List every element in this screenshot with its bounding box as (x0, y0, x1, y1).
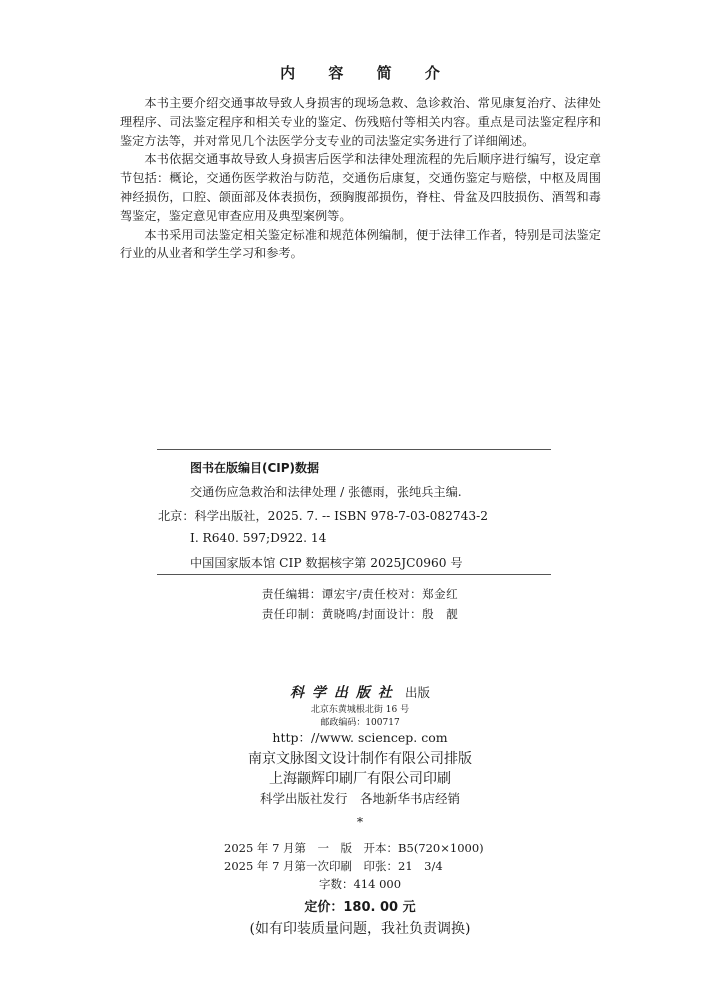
separator-asterisk: * (0, 814, 720, 829)
typesetter: 南京文脉图文设计制作有限公司排版 (0, 748, 720, 768)
publisher-suffix: 出版 (405, 685, 430, 700)
publisher-logo: 科学出版社 (290, 685, 400, 701)
printing-line: 2025 年 7 月第一次印刷 印张：21 3/4 (224, 858, 443, 874)
cip-data-block: 图书在版编目(CIP)数据 交通伤应急救治和法律处理 / 张德雨，张纯兵主编. … (157, 449, 551, 575)
staff-production: 责任印制：黄晓鸣/封面设计：殷 靓 (0, 606, 720, 622)
publisher-line: 科学出版社 出版 (0, 682, 720, 702)
summary-body: 本书主要介绍交通事故导致人身损害的现场急救、急诊救治、常见康复治疗、法律处理程序… (120, 94, 601, 263)
price: 定价：180. 00 元 (0, 896, 720, 915)
summary-paragraph: 本书主要介绍交通事故导致人身损害的现场急救、急诊救治、常见康复治疗、法律处理程序… (120, 94, 601, 150)
copyright-page: 内 容 简 介 本书主要介绍交通事故导致人身损害的现场急救、急诊救治、常见康复治… (0, 0, 720, 1000)
summary-title: 内 容 简 介 (0, 62, 720, 83)
cip-heading: 图书在版编目(CIP)数据 (190, 459, 319, 476)
publisher-address: 北京东黄城根北街 16 号 (0, 702, 720, 715)
cip-record-line: 中国国家版本馆 CIP 数据核字第 2025JC0960 号 (190, 554, 463, 571)
word-count: 字数：414 000 (0, 876, 720, 892)
staff-editors: 责任编辑：谭宏宇/责任校对：郑金红 (0, 586, 720, 602)
distribution: 科学出版社发行 各地新华书店经销 (0, 789, 720, 807)
publisher-postcode: 邮政编码：100717 (0, 715, 720, 728)
edition-line: 2025 年 7 月第 一 版 开本：B5(720×1000) (224, 840, 484, 856)
cip-title-line: 交通伤应急救治和法律处理 / 张德雨，张纯兵主编. (190, 483, 462, 500)
quality-note: (如有印装质量问题，我社负责调换) (0, 918, 720, 938)
printer: 上海颛辉印刷厂有限公司印刷 (0, 768, 720, 788)
summary-paragraph: 本书采用司法鉴定相关鉴定标准和规范体例编制，便于法律工作者，特别是司法鉴定行业的… (120, 226, 601, 264)
summary-paragraph: 本书依据交通事故导致人身损害后医学和法律处理流程的先后顺序进行编写，设定章节包括… (120, 150, 601, 225)
cip-classification-line: Ⅰ. R640. 597;D922. 14 (190, 531, 326, 545)
publisher-url: http：//www. sciencep. com (0, 728, 720, 746)
cip-isbn-line: 北京：科学出版社，2025. 7. -- ISBN 978-7-03-08274… (158, 507, 488, 524)
